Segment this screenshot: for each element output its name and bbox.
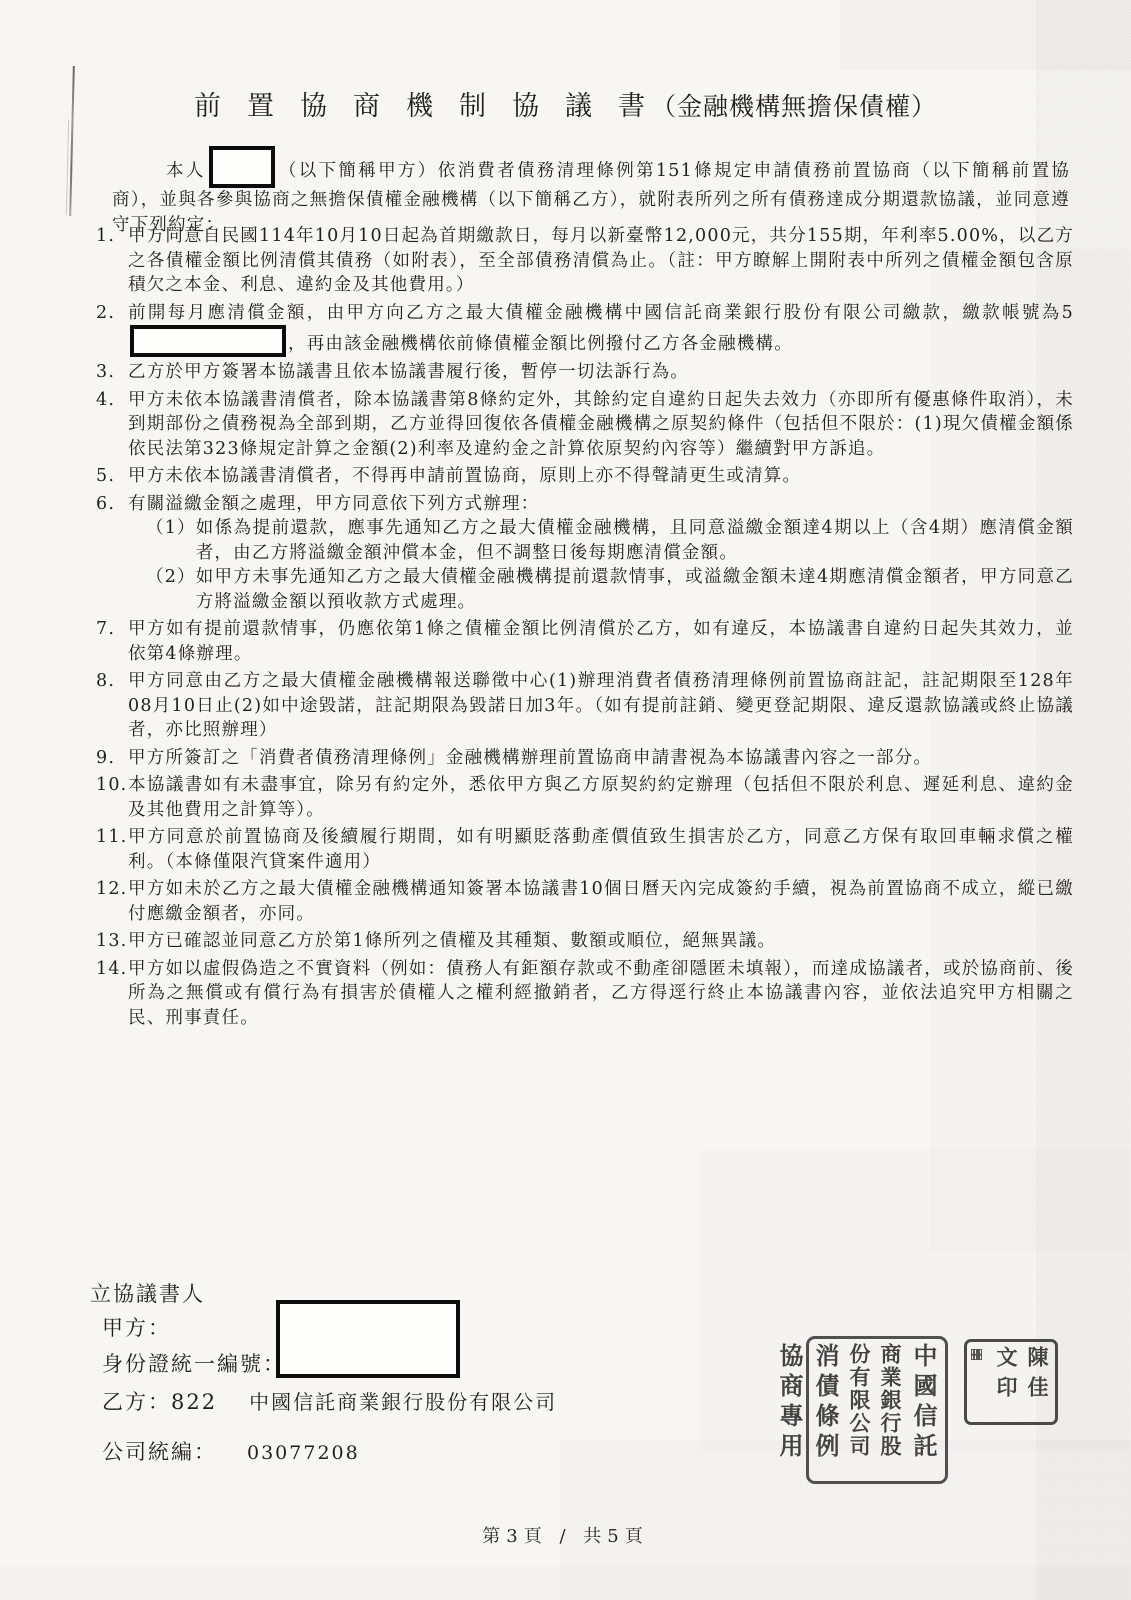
redaction-box-account-number	[130, 325, 286, 357]
clause-item: 14.甲方如以虛假偽造之不實資料（例如：債務人有鉅額存款或不動產卻隱匿未填報），…	[96, 957, 1074, 1031]
clause-text: 甲方如未於乙方之最大債權金融機構通知簽署本協議書10個日曆天內完成簽約手續，視為…	[128, 877, 1074, 926]
clause-text: 甲方如有提前還款情事，仍應依第1條之債權金額比例清償於乙方，如有違反，本協議書自…	[128, 617, 1074, 666]
clause-text: 乙方於甲方簽署本協議書且依本協議書履行後，暫停一切法訴行為。	[128, 360, 1074, 385]
clause-row: 7.甲方如有提前還款情事，仍應依第1條之債權金額比例清償於乙方，如有違反，本協議…	[96, 617, 1074, 666]
clause-text: 甲方已確認並同意乙方於第1條所列之債權及其種類、數額或順位，絕無異議。	[128, 929, 1074, 954]
bank-seal-column: 份有限公司	[844, 1343, 874, 1477]
clause-row: 3.乙方於甲方簽署本協議書且依本協議書履行後，暫停一切法訴行為。	[96, 360, 1074, 385]
page-number: 第3頁 / 共5頁	[0, 1522, 1131, 1548]
personal-seal-stamp: 陳佳文印	[964, 1339, 1058, 1425]
clause-subitem: （2）如甲方未事先通知乙方之最大債權金融機構提前還款情事，或溢繳金額未達4期應清…	[146, 565, 1074, 614]
clause-item: 9.甲方所簽訂之「消費者債務清理條例」金融機構辦理前置協商申請書視為本協議書內容…	[96, 746, 1074, 771]
bank-seal-column: 協商專用	[772, 1343, 807, 1477]
personal-seal-column: 陳佳	[1022, 1346, 1052, 1418]
clause-item: 11.甲方同意於前置協商及後續履行期間，如有明顯貶落動產價值致生損害於乙方，同意…	[96, 825, 1074, 874]
clause-number: 4.	[96, 388, 128, 462]
clause-item: 6.有關溢繳金額之處理，甲方同意依下列方式辦理：（1）如係為提前還款，應事先通知…	[96, 492, 1074, 615]
clause-list: 1.甲方同意自民國114年10月10日起為首期繳款日，每月以新臺幣12,000元…	[96, 224, 1074, 1033]
clause-number: 6.	[96, 492, 128, 517]
clause-item: 5.甲方未依本協議書清償者，不得再申請前置協商，原則上亦不得聲請更生或清算。	[96, 464, 1074, 489]
clause-row: 4.甲方未依本協議書清償者，除本協議書第8條約定外，其餘約定自違約日起失去效力（…	[96, 388, 1074, 462]
bank-seal-stamp: 中國信託商業銀行股份有限公司消債條例協商專用	[806, 1336, 948, 1484]
id-number-label: 身份證統一編號：	[102, 1348, 286, 1378]
scan-noise	[840, 0, 1131, 70]
clause-number: 9.	[96, 746, 128, 771]
personal-seal-column: 文印	[991, 1346, 1021, 1418]
clause-number: 12.	[96, 877, 128, 926]
clause-number: 1.	[96, 224, 128, 298]
clause-subitem-number: （1）	[146, 516, 196, 565]
clause-item: 8.甲方同意由乙方之最大債權金融機構報送聯徵中心(1)辦理消費者債務清理條例前置…	[96, 669, 1074, 743]
bank-seal-column: 商業銀行股	[875, 1343, 905, 1477]
clause-item: 13.甲方已確認並同意乙方於第1條所列之債權及其種類、數額或順位，絕無異議。	[96, 929, 1074, 954]
clause-item: 3.乙方於甲方簽署本協議書且依本協議書履行後，暫停一切法訴行為。	[96, 360, 1074, 385]
scan-noise	[0, 1566, 1131, 1600]
clause-row: 10.本協議書如有未盡事宜，除另有約定外，悉依甲方與乙方原契約約定辦理（包括但不…	[96, 773, 1074, 822]
clause-text: 甲方未依本協議書清償者，不得再申請前置協商，原則上亦不得聲請更生或清算。	[128, 464, 1074, 489]
party-b-name: 中國信託商業銀行股份有限公司	[249, 1390, 557, 1414]
redaction-box-applicant-name	[209, 146, 275, 188]
clause-row: 1.甲方同意自民國114年10月10日起為首期繳款日，每月以新臺幣12,000元…	[96, 224, 1074, 298]
clause-subitem-text: 如係為提前還款，應事先通知乙方之最大債權金融機構，且同意溢繳金額達4期以上（含4…	[196, 516, 1074, 565]
clause-subitem-number: （2）	[146, 565, 196, 614]
seal-script-column	[971, 1349, 982, 1415]
intro-text-pre: 本人	[166, 161, 206, 181]
clause-text: 有關溢繳金額之處理，甲方同意依下列方式辦理：	[128, 492, 1074, 517]
clause-row: 6.有關溢繳金額之處理，甲方同意依下列方式辦理：	[96, 492, 1074, 517]
clause-item: 4.甲方未依本協議書清償者，除本協議書第8條約定外，其餘約定自違約日起失去效力（…	[96, 388, 1074, 462]
clause-text: 甲方同意自民國114年10月10日起為首期繳款日，每月以新臺幣12,000元，共…	[128, 224, 1074, 298]
clause-number: 5.	[96, 464, 128, 489]
clause-item: 2.前開每月應清償金額，由甲方向乙方之最大債權金融機構中國信託商業銀行股份有限公…	[96, 301, 1074, 358]
clause-text: 甲方同意於前置協商及後續履行期間，如有明顯貶落動產價值致生損害於乙方，同意乙方保…	[128, 825, 1074, 874]
clause-item: 12.甲方如未於乙方之最大債權金融機構通知簽署本協議書10個日曆天內完成簽約手續…	[96, 877, 1074, 926]
clause-number: 2.	[96, 301, 128, 358]
clause-row: 9.甲方所簽訂之「消費者債務清理條例」金融機構辦理前置協商申請書視為本協議書內容…	[96, 746, 1074, 771]
party-b-label: 乙方：822	[102, 1390, 217, 1414]
document-title-main: 前置協商機制協議書	[194, 91, 671, 122]
clause-number: 10.	[96, 773, 128, 822]
clause-item: 1.甲方同意自民國114年10月10日起為首期繳款日，每月以新臺幣12,000元…	[96, 224, 1074, 298]
company-id-row: 公司統編：03077208	[102, 1436, 360, 1466]
clause-row: 8.甲方同意由乙方之最大債權金融機構報送聯徵中心(1)辦理消費者債務清理條例前置…	[96, 669, 1074, 743]
clause-row: 11.甲方同意於前置協商及後續履行期間，如有明顯貶落動產價值致生損害於乙方，同意…	[96, 825, 1074, 874]
signature-block: 立協議書人 甲方： 身份證統一編號： 乙方：822中國信託商業銀行股份有限公司 …	[90, 1278, 790, 1468]
clause-text: 甲方所簽訂之「消費者債務清理條例」金融機構辦理前置協商申請書視為本協議書內容之一…	[128, 746, 1074, 771]
clause-row: 2.前開每月應清償金額，由甲方向乙方之最大債權金融機構中國信託商業銀行股份有限公…	[96, 301, 1074, 358]
clause-subitem: （1）如係為提前還款，應事先通知乙方之最大債權金融機構，且同意溢繳金額達4期以上…	[146, 516, 1074, 565]
redaction-box-id-number	[276, 1300, 460, 1378]
clause-item: 10.本協議書如有未盡事宜，除另有約定外，悉依甲方與乙方原契約約定辦理（包括但不…	[96, 773, 1074, 822]
company-id-label: 公司統編：	[102, 1440, 217, 1464]
clause-text: 甲方如以虛假偽造之不實資料（例如：債務人有鉅額存款或不動產卻隱匿未填報），而達成…	[128, 957, 1074, 1031]
clause-number: 7.	[96, 617, 128, 666]
bank-seal-column: 消債條例	[808, 1343, 843, 1477]
clause-row: 12.甲方如未於乙方之最大債權金融機構通知簽署本協議書10個日曆天內完成簽約手續…	[96, 877, 1074, 926]
clause-row: 5.甲方未依本協議書清償者，不得再申請前置協商，原則上亦不得聲請更生或清算。	[96, 464, 1074, 489]
party-a-label: 甲方：	[102, 1312, 171, 1342]
clause-number: 3.	[96, 360, 128, 385]
bank-seal-column: 中國信託	[906, 1343, 941, 1477]
clause-number: 14.	[96, 957, 128, 1031]
signature-heading: 立協議書人	[90, 1278, 205, 1308]
clause-subitem-text: 如甲方未事先通知乙方之最大債權金融機構提前還款情事，或溢繳金額未達4期應清償金額…	[196, 565, 1074, 614]
clause-item: 7.甲方如有提前還款情事，仍應依第1條之債權金額比例清償於乙方，如有違反，本協議…	[96, 617, 1074, 666]
clause-text: 本協議書如有未盡事宜，除另有約定外，悉依甲方與乙方原契約約定辦理（包括但不限於利…	[128, 773, 1074, 822]
company-id-value: 03077208	[247, 1442, 360, 1464]
clause-number: 11.	[96, 825, 128, 874]
clause-text: 甲方同意由乙方之最大債權金融機構報送聯徵中心(1)辦理消費者債務清理條例前置協商…	[128, 669, 1074, 743]
clause-row: 13.甲方已確認並同意乙方於第1條所列之債權及其種類、數額或順位，絕無異議。	[96, 929, 1074, 954]
party-b-row: 乙方：822中國信託商業銀行股份有限公司	[102, 1386, 557, 1416]
scanned-contract-page: 前置協商機制協議書（金融機構無擔保債權） 本人（以下簡稱甲方）依消費者債務清理條…	[0, 0, 1131, 1600]
clause-text: 前開每月應清償金額，由甲方向乙方之最大債權金融機構中國信託商業銀行股份有限公司繳…	[128, 301, 1074, 358]
document-title: 前置協商機制協議書（金融機構無擔保債權）	[0, 84, 1131, 123]
document-title-paren: （金融機構無擔保債權）	[651, 92, 937, 121]
clause-text: 甲方未依本協議書清償者，除本協議書第8條約定外，其餘約定自違約日起失去效力（亦即…	[128, 388, 1074, 462]
clause-row: 14.甲方如以虛假偽造之不實資料（例如：債務人有鉅額存款或不動產卻隱匿未填報），…	[96, 957, 1074, 1031]
clause-number: 8.	[96, 669, 128, 743]
clause-number: 13.	[96, 929, 128, 954]
